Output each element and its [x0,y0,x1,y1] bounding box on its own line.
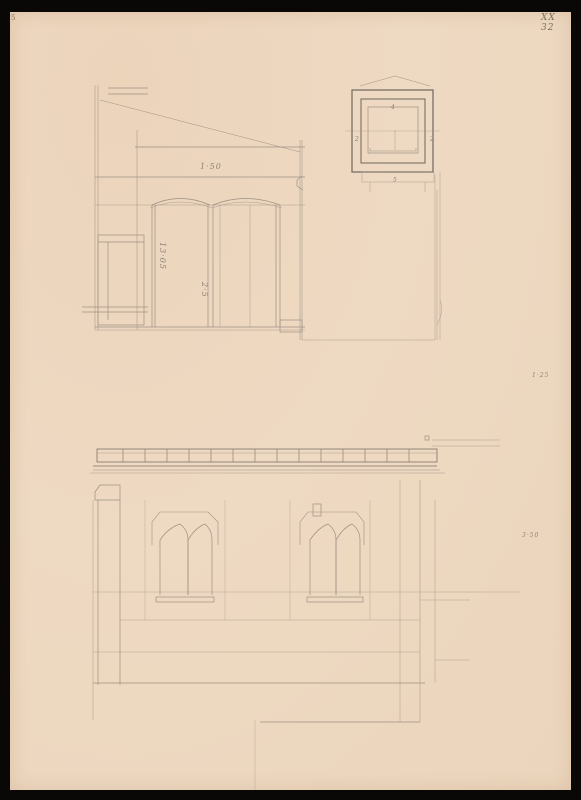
drawing-paper: 5 XX 32 1·50 13·05 2·5 4 5 2 2 1·25 3·50 [10,12,571,790]
plan-square [345,76,442,340]
plan-dimension: 2 [430,136,435,143]
margin-note: 1·25 [532,372,549,379]
plan-dimension: 2 [355,136,360,143]
dimension-label: 1·50 [200,162,222,171]
lower-facade-elevation [90,436,520,790]
upper-section-elevation [82,85,437,340]
dimension-label: 2·5 [200,282,209,298]
plan-dimension: 5 [393,177,398,184]
architectural-drawing [10,12,571,790]
corner-mark: 5 [11,14,15,22]
catalog-mark: XX 32 [541,13,571,33]
margin-note: 3·50 [522,532,539,539]
dimension-label: 13·05 [158,242,167,270]
plan-dimension: 4 [391,104,396,111]
